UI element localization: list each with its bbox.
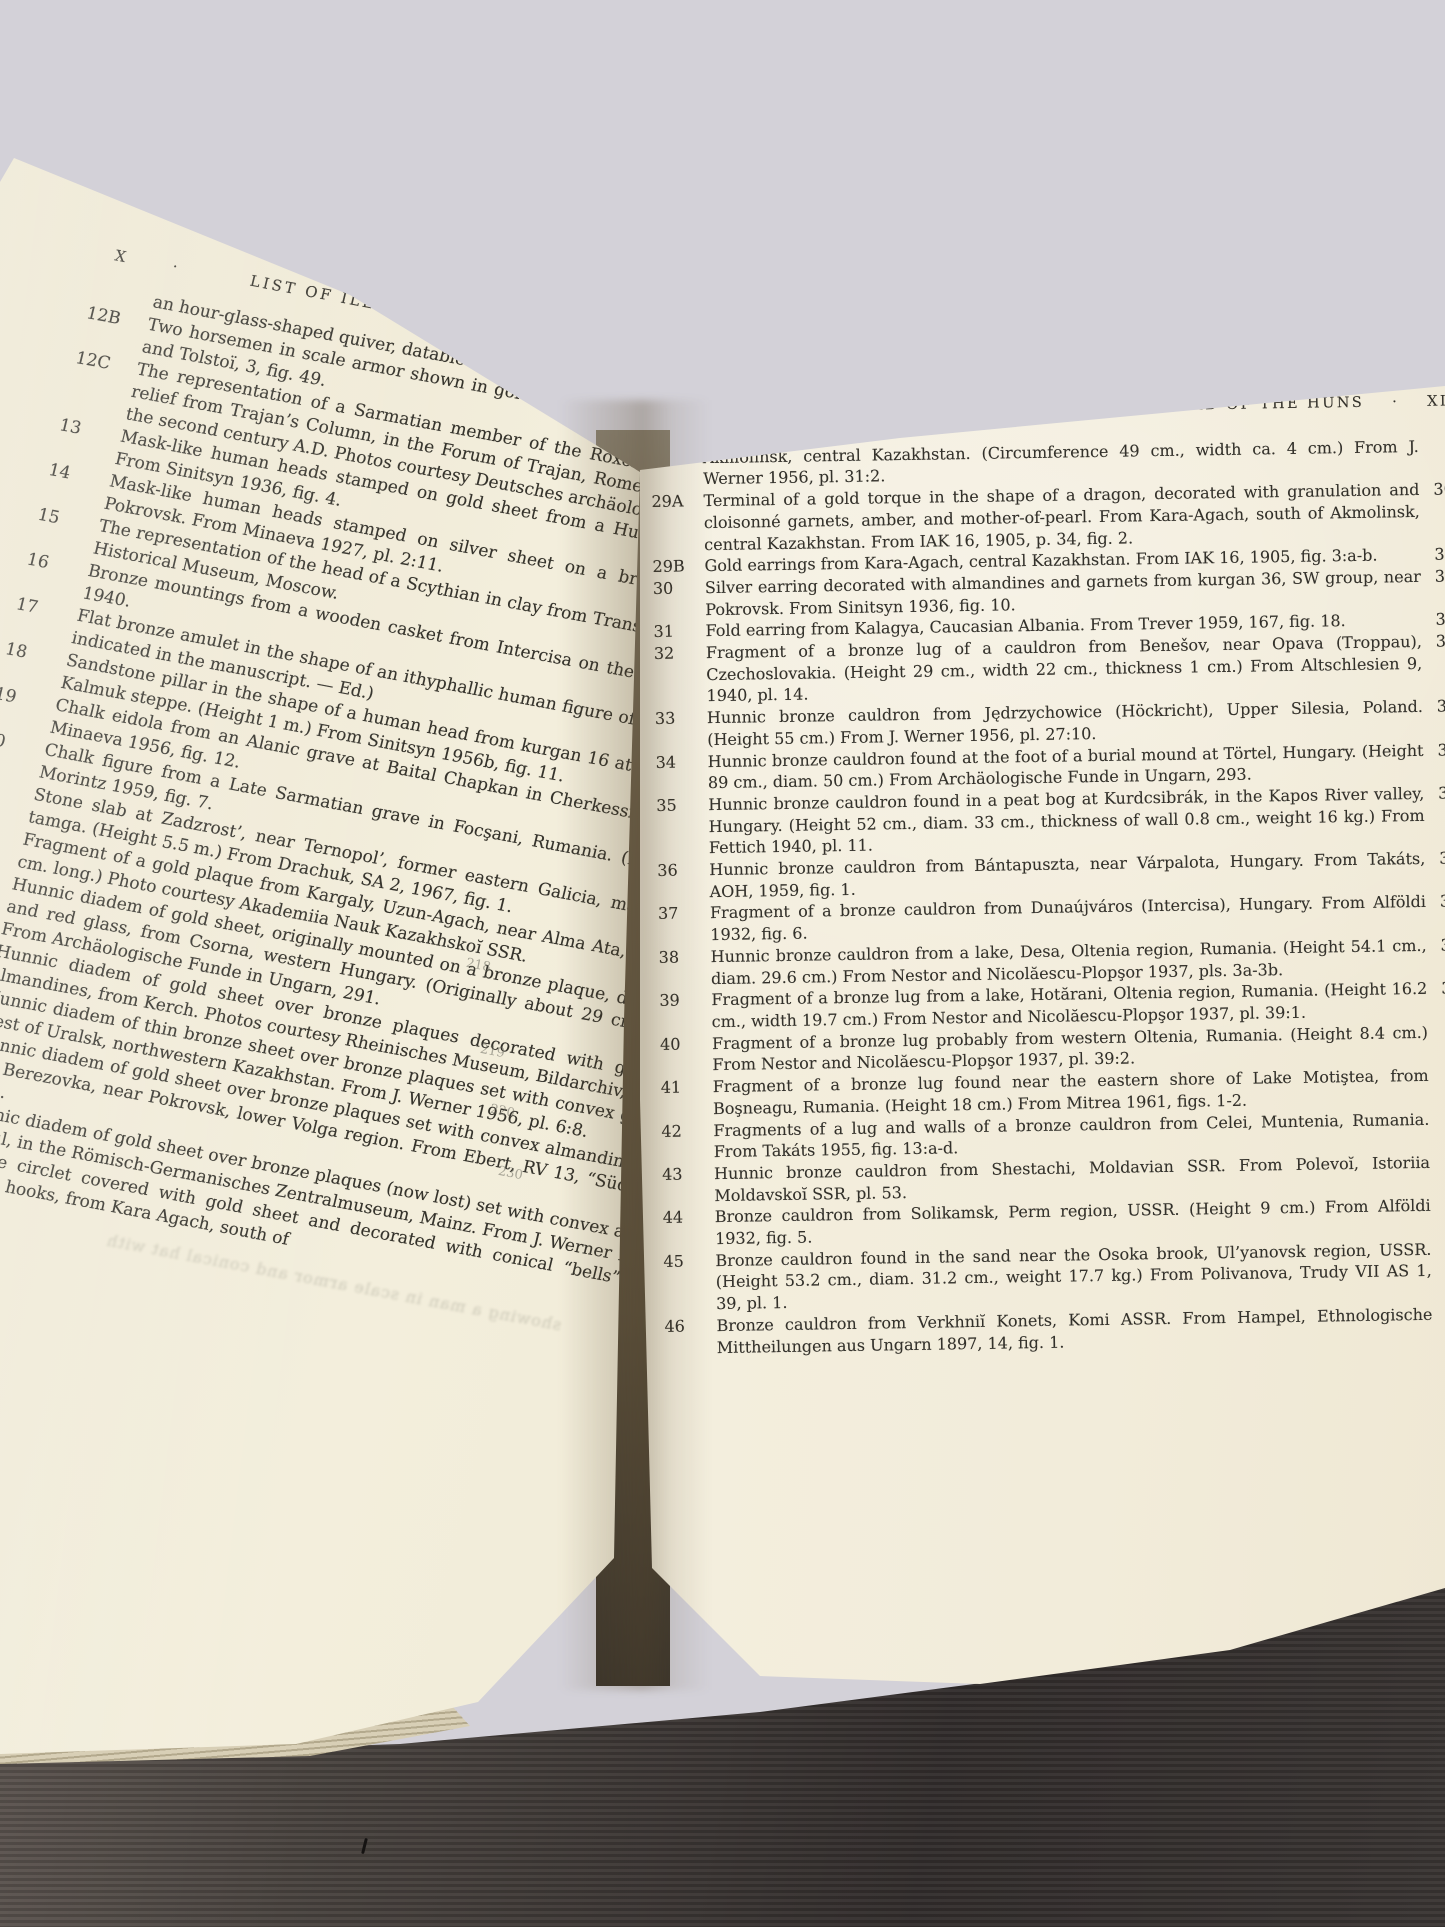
item-page-number <box>1419 434 1445 435</box>
item-text: Terminal of a gold torque in the shape o… <box>703 479 1420 555</box>
item-page-number <box>1429 1107 1445 1108</box>
item-number: 35 <box>656 794 708 817</box>
item-text: Hunnic bronze cauldron found in a peat b… <box>708 783 1425 859</box>
list-item: 32 Fragment of a bronze lug of a cauldro… <box>654 630 1445 708</box>
item-page-number: 305 <box>1420 543 1445 566</box>
item-number: 39 <box>659 989 711 1012</box>
right-page-running-header: THE WORLD OF THE HUNS · XI <box>650 391 1445 426</box>
item-text: Fragment of a bronze lug of a cauldron f… <box>706 631 1423 707</box>
item-number: 33 <box>655 707 707 730</box>
item-page-number <box>1428 1064 1445 1065</box>
item-number: 29B <box>652 555 704 578</box>
right-page-folio: XI <box>1427 391 1445 413</box>
item-page-number: 311 <box>1425 847 1445 870</box>
item-page-number: 305 <box>1421 608 1445 631</box>
item-page-number <box>1431 1194 1445 1195</box>
item-number: 41 <box>661 1076 713 1099</box>
item-page-number: 31 <box>1426 934 1445 957</box>
photo-of-open-book: X · LIST OF ILLUSTRATIONS an hour-glass-… <box>0 0 1445 1927</box>
item-page-number: 310 <box>1424 782 1445 805</box>
item-page-number: 308 <box>1423 695 1445 718</box>
item-number: 43 <box>662 1163 714 1186</box>
item-text: Bronze cauldron found in the sand near t… <box>715 1239 1432 1315</box>
item-number: 38 <box>659 946 711 969</box>
item-number: 29A <box>651 490 703 513</box>
item-number: 37 <box>658 903 710 926</box>
right-page-header-title: THE WORLD OF THE HUNS <box>1101 393 1364 419</box>
item-page-number: 307 <box>1422 630 1445 653</box>
item-page-number: 31 <box>1426 890 1445 913</box>
item-page-number <box>1430 1151 1445 1152</box>
item-page-number <box>1432 1302 1445 1303</box>
item-number: 31 <box>653 620 705 643</box>
list-item: 29A Terminal of a gold torque in the sha… <box>651 478 1445 556</box>
item-number: 34 <box>655 751 707 774</box>
item-number: 45 <box>663 1250 715 1273</box>
item-number: 40 <box>660 1033 712 1056</box>
item-number: 30 <box>653 577 705 600</box>
item-number: 42 <box>661 1120 713 1143</box>
item-page-number <box>1428 1020 1445 1021</box>
item-number: 32 <box>654 642 706 665</box>
item-number: 44 <box>663 1206 715 1229</box>
right-page-text-block: THE WORLD OF THE HUNS · XI Akmolinsk, ce… <box>650 391 1445 1359</box>
item-page-number: 3 <box>1427 977 1445 1000</box>
item-number: 36 <box>657 859 709 882</box>
header-separator-dot: · <box>1392 392 1399 414</box>
item-page-number: 304 <box>1419 478 1445 501</box>
illustration-list-right: Akmolinsk, central Kazakhstan. (Circumfe… <box>651 434 1445 1359</box>
item-page-number: 309 <box>1423 738 1445 761</box>
list-item: 35 Hunnic bronze cauldron found in a pea… <box>656 782 1445 860</box>
list-item: 45 Bronze cauldron found in the sand nea… <box>663 1237 1445 1315</box>
item-page-number <box>1431 1237 1445 1238</box>
item-page-number: 305 <box>1421 565 1445 588</box>
item-number: 46 <box>664 1315 716 1338</box>
